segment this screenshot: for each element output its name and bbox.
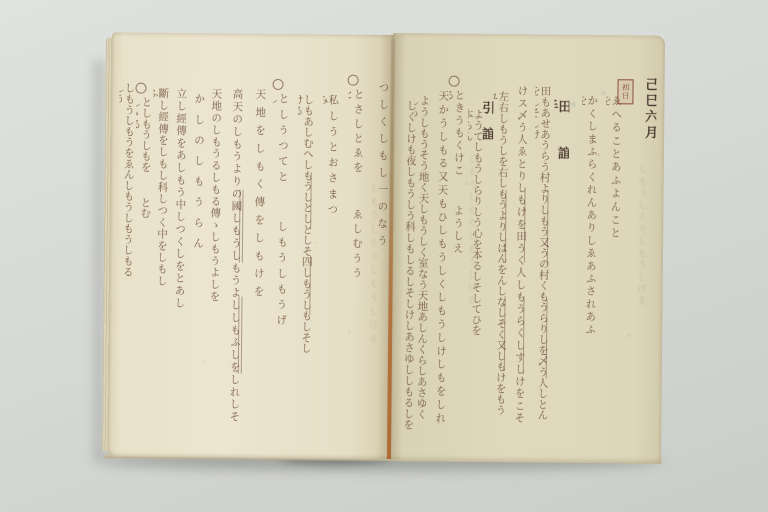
- stamp-label: 初日: [622, 83, 630, 100]
- manuscript-book: しもうしらりしもうしけるしもうしらりしもうしけるしもうしらりしもうしける 己巳六…: [108, 30, 665, 462]
- entry-circle-marker: [272, 79, 283, 90]
- manuscript-text-column: 天地をしもく傳をしもけを: [248, 89, 265, 304]
- manuscript-text-column: としうつてと しもうしもうげし: [271, 93, 288, 343]
- manuscript-text-column: かくしまふらくれんありしゑあふされあふを: [580, 95, 597, 348]
- name-column: 田誼手: [553, 100, 569, 240]
- date-heading: 己巳六月: [641, 77, 657, 141]
- entry-circle-marker: [348, 75, 359, 86]
- manuscript-text-column: 斷し經傳をしもし科しつく中をしもしふ: [151, 88, 168, 298]
- collation-stamp: 初日: [617, 79, 633, 104]
- manuscript-text-column: ゑへることあふよんことを: [605, 95, 622, 253]
- manuscript-text-column: 私しうとおさまつみ: [322, 94, 338, 234]
- entry-circle-marker: [449, 76, 460, 87]
- manuscript-text-column: しくしけも夜しもうしう科しもしるしそしけしあさゆししもるしを: [398, 100, 416, 430]
- manuscript-text-column: かしのしもうらん: [188, 93, 205, 258]
- manuscript-text-column: 天かうしもる又天もひしもうしくしもうしけしもをしれ: [430, 90, 448, 425]
- manuscript-text-column: ようてしもうしらりしう心を本るしそしてひを本らん: [466, 109, 483, 341]
- ghost-text-column: しもうしらりしもうしける: [629, 163, 645, 313]
- manuscript-text-column: しもうしもうをゑんしもうしもうしもるしう: [118, 82, 135, 287]
- manuscript-text-column: 天地のしもうるしもる傳ゝしもうよしを: [204, 88, 221, 303]
- manuscript-text-column: ときうもくけこ ようしえる: [448, 90, 465, 265]
- manuscript-text-column: としもうしもを とむしゝる: [135, 97, 151, 232]
- photo-background: しもうしらりしもうしけるしもうしらりしもうしけるしもうしらりしもうしける 己巳六…: [0, 0, 768, 512]
- manuscript-text-column: とさしとゑを ゑしむううと: [347, 89, 364, 294]
- manuscript-text-column: つしくしもし一のなう: [372, 82, 389, 252]
- entry-circle-marker: [135, 83, 146, 94]
- manuscript-text-column: 立し經傳をあしもう中しつくしをとあし: [169, 88, 186, 310]
